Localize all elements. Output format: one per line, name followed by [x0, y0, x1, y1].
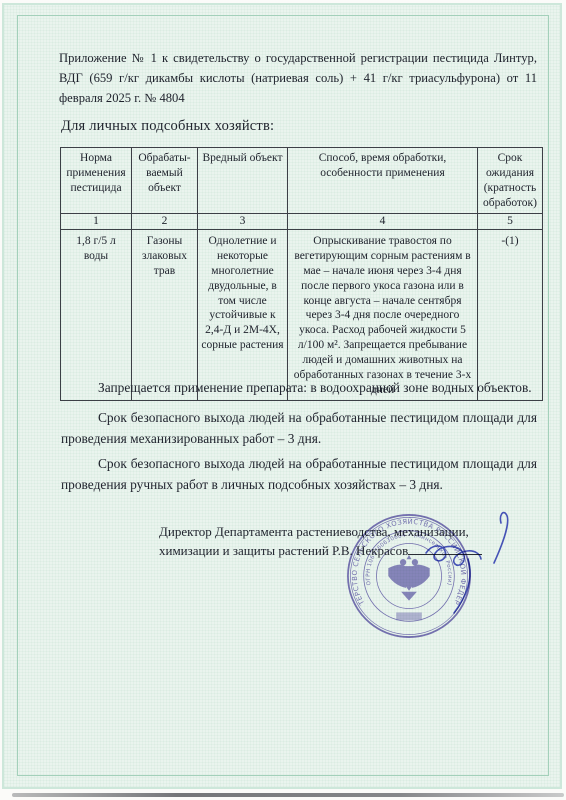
table-header-row: Норма применения пестицида Обрабаты-ваем… — [61, 148, 543, 214]
handwritten-signature — [412, 503, 532, 628]
cell-norm: 1,8 г/5 л воды — [61, 229, 132, 400]
cell-waiting-period: -(1) — [478, 229, 543, 400]
column-number: 4 — [288, 213, 478, 229]
safety-period-manual-paragraph: Срок безопасного выхода людей на обработ… — [61, 453, 537, 496]
application-table: Норма применения пестицида Обрабаты-ваем… — [60, 147, 543, 401]
section-label: Для личных подсобных хозяйств: — [61, 118, 274, 135]
column-number: 1 — [61, 213, 132, 229]
scanned-certificate-page: Приложение № 1 к свидетельству о государ… — [2, 3, 562, 789]
cell-harmful-object: Однолетние и некоторые многолетние двудо… — [198, 229, 288, 400]
column-number: 5 — [478, 213, 543, 229]
document-header: Приложение № 1 к свидетельству о государ… — [59, 49, 537, 109]
col-header-norm: Норма применения пестицида — [61, 148, 132, 214]
scan-edge-shadow — [12, 793, 564, 797]
table-row: 1,8 г/5 л воды Газоны злаковых трав Одно… — [61, 229, 543, 400]
safety-period-mechanized-paragraph: Срок безопасного выхода людей на обработ… — [61, 407, 537, 450]
restriction-paragraph: Запрещается применение препарата: в водо… — [61, 377, 537, 398]
col-header-waiting-period: Срок ожидания (кратность обработок) — [478, 148, 543, 214]
col-header-harmful-object: Вредный объект — [198, 148, 288, 214]
column-number: 3 — [198, 213, 288, 229]
cell-treated-object: Газоны злаковых трав — [132, 229, 198, 400]
column-number: 2 — [132, 213, 198, 229]
col-header-method: Способ, время обработки, особенности при… — [288, 148, 478, 214]
column-number-row: 1 2 3 4 5 — [61, 213, 543, 229]
col-header-treated-object: Обрабаты-ваемый объект — [132, 148, 198, 214]
cell-method: Опрыскивание травостоя по вегетирующим с… — [288, 229, 478, 400]
